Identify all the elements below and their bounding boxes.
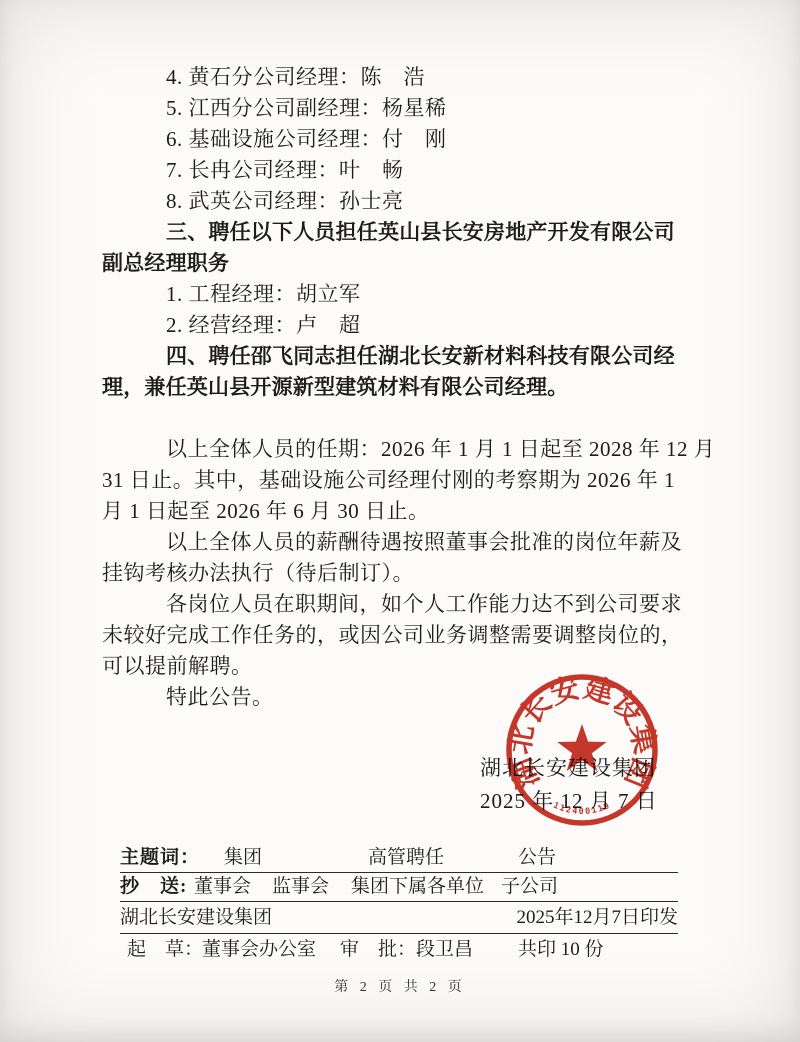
cc-item: 董事会 (194, 873, 251, 901)
document-line: 各岗位人员在职期间，如个人工作能力达不到公司要求 (102, 589, 682, 620)
document-body: 4. 黄石分公司经理：陈 浩5. 江西分公司副经理：杨星稀6. 基础设施公司经理… (102, 62, 682, 713)
document-line: 挂钩考核办法执行（待后制订）。 (102, 558, 682, 589)
approver-name: 段卫昌 (416, 934, 473, 966)
footer-draft-row: 起 草： 董事会办公室 审 批： 段卫昌 共印 10 份 (120, 934, 678, 966)
document-page: 4. 黄石分公司经理：陈 浩5. 江西分公司副经理：杨星稀6. 基础设施公司经理… (0, 0, 800, 1042)
draft-dept: 董事会办公室 (202, 934, 316, 966)
document-line: 8. 武英公司经理：孙士亮 (102, 186, 682, 217)
copies-count: 共印 10 份 (518, 934, 604, 966)
keyword-item: 集团 (224, 844, 262, 872)
keyword-item: 高管聘任 (368, 844, 444, 872)
document-line: 以上全体人员的任期：2026 年 1 月 1 日起至 2028 年 12 月 (102, 434, 682, 465)
cc-item: 监事会 (272, 873, 329, 901)
document-line: 4. 黄石分公司经理：陈 浩 (102, 62, 682, 93)
keyword-item: 公告 (518, 844, 556, 872)
document-heading-line: 理，兼任英山县开源新型建筑材料有限公司经理。 (102, 372, 682, 403)
document-line: 6. 基础设施公司经理：付 刚 (102, 124, 682, 155)
document-line (102, 403, 682, 434)
document-line: 2. 经营经理：卢 超 (102, 310, 682, 341)
keywords-label: 主题词： (120, 844, 200, 872)
document-footer: 主题词： 集团 高管聘任 公告 抄 送: 董事会 监事会 集团下属各单位 子公司… (120, 844, 678, 966)
company-seal: 湖北长安建设集团 4211240011928 (452, 618, 712, 878)
document-line: 7. 长冉公司经理：叶 畅 (102, 155, 682, 186)
document-heading-line: 三、聘任以下人员担任英山县长安房地产开发有限公司 (102, 217, 682, 248)
footer-keywords-row: 主题词： 集团 高管聘任 公告 (120, 844, 678, 873)
footer-issue-row: 湖北长安建设集团 2025年12月7日印发 (120, 902, 678, 934)
document-line: 以上全体人员的薪酬待遇按照董事会批准的岗位年薪及 (102, 527, 682, 558)
cc-item: 集团下属各单位 (351, 873, 484, 901)
page-number: 第 2 页 共 2 页 (0, 976, 800, 996)
cc-label: 抄 送: (120, 873, 187, 901)
document-line: 31 日止。其中，基础设施公司经理付刚的考察期为 2026 年 1 (102, 465, 682, 496)
issue-date: 2025年12月7日印发 (516, 902, 678, 933)
cc-item: 子公司 (501, 873, 558, 901)
draft-label: 起 草： (127, 934, 203, 966)
footer-cc-row: 抄 送: 董事会 监事会 集团下属各单位 子公司 (120, 873, 678, 902)
document-heading-line: 四、聘任邵飞同志担任湖北长安新材料科技有限公司经 (102, 341, 682, 372)
issuer: 湖北长安建设集团 (120, 902, 272, 933)
seal-star-icon (557, 724, 606, 771)
document-line: 5. 江西分公司副经理：杨星稀 (102, 93, 682, 124)
document-line: 1. 工程经理：胡立军 (102, 279, 682, 310)
document-line: 月 1 日起至 2026 年 6 月 30 日止。 (102, 496, 682, 527)
document-heading-line: 副总经理职务 (102, 248, 682, 279)
approve-label: 审 批： (340, 934, 416, 966)
